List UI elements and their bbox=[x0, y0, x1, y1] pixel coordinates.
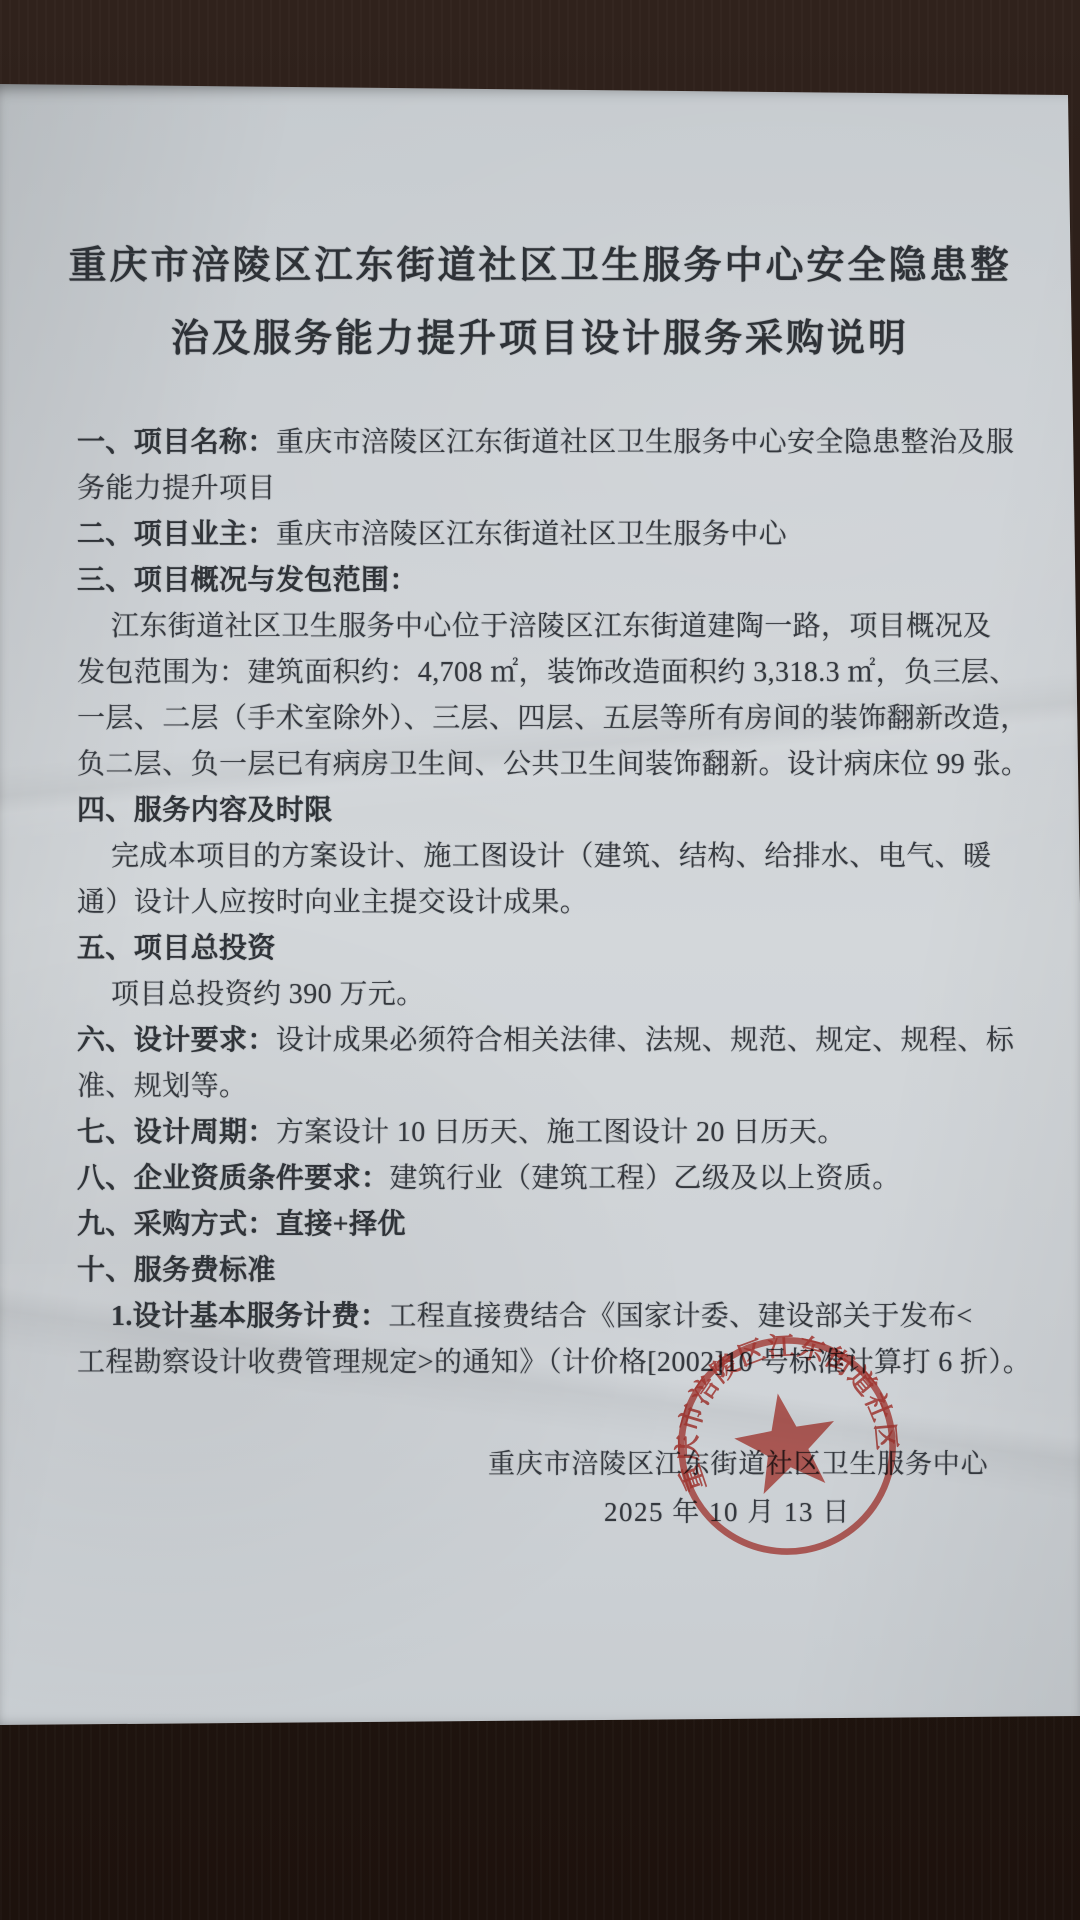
doc-line: 项目总投资约 390 万元。 bbox=[77, 972, 1017, 1018]
line-text: 项目总投资约 390 万元。 bbox=[111, 979, 425, 1010]
line-label: 三、项目概况与发包范围： bbox=[77, 565, 418, 596]
doc-line: 五、项目总投资 bbox=[77, 926, 1017, 972]
official-seal: 重庆市涪陵区江东街道社区卫生服务中心 bbox=[645, 1304, 930, 1589]
line-text: 负二层、负一层已有病房卫生间、公共卫生间装饰翻新。设计病床位 99 张。 bbox=[77, 749, 1029, 780]
doc-line: 一、项目名称：重庆市涪陵区江东街道社区卫生服务中心安全隐患整治及服 bbox=[77, 420, 1017, 466]
line-label: 一、项目名称： bbox=[77, 427, 276, 458]
line-text: 建筑行业（建筑工程）乙级及以上资质。 bbox=[389, 1163, 900, 1194]
line-text: 方案设计 10 日历天、施工图设计 20 日历天。 bbox=[276, 1117, 846, 1148]
doc-line: 江东街道社区卫生服务中心位于涪陵区江东街道建陶一路，项目概况及 bbox=[77, 604, 1017, 650]
line-text: 准、规划等。 bbox=[77, 1071, 247, 1102]
seal-star-icon bbox=[728, 1385, 844, 1498]
doc-line: 六、设计要求：设计成果必须符合相关法律、法规、规范、规定、规程、标 bbox=[77, 1018, 1017, 1064]
line-text: 重庆市涪陵区江东街道社区卫生服务中心 bbox=[276, 519, 787, 550]
doc-line: 四、服务内容及时限 bbox=[77, 788, 1017, 834]
doc-line: 二、项目业主：重庆市涪陵区江东街道社区卫生服务中心 bbox=[77, 512, 1017, 558]
line-text: 江东街道社区卫生服务中心位于涪陵区江东街道建陶一路，项目概况及 bbox=[111, 611, 991, 642]
doc-line: 七、设计周期：方案设计 10 日历天、施工图设计 20 日历天。 bbox=[77, 1110, 1017, 1156]
line-label: 七、设计周期： bbox=[77, 1117, 276, 1148]
doc-line: 通）设计人应按时向业主提交设计成果。 bbox=[77, 880, 1017, 926]
paper-sheet: 重庆市涪陵区江东街道社区卫生服务中心安全隐患整 治及服务能力提升项目设计服务采购… bbox=[0, 84, 1080, 1726]
line-text: 完成本项目的方案设计、施工图设计（建筑、结构、给排水、电气、暖 bbox=[111, 841, 991, 872]
doc-body: 一、项目名称：重庆市涪陵区江东街道社区卫生服务中心安全隐患整治及服 务能力提升项… bbox=[77, 420, 1017, 1386]
doc-line: 务能力提升项目 bbox=[77, 466, 1017, 512]
line-label: 五、项目总投资 bbox=[77, 933, 276, 964]
doc-line: 三、项目概况与发包范围： bbox=[77, 558, 1017, 604]
line-text: 直接+择优 bbox=[276, 1209, 406, 1240]
line-text: 通）设计人应按时向业主提交设计成果。 bbox=[77, 887, 588, 918]
line-label: 十、服务费标准 bbox=[77, 1255, 276, 1286]
line-label: 九、采购方式： bbox=[77, 1209, 276, 1240]
photo-of-document: 重庆市涪陵区江东街道社区卫生服务中心安全隐患整 治及服务能力提升项目设计服务采购… bbox=[0, 0, 1080, 1920]
line-text: 务能力提升项目 bbox=[77, 473, 276, 504]
line-label: 六、设计要求： bbox=[77, 1025, 276, 1056]
doc-title-line-2: 治及服务能力提升项目设计服务采购说明 bbox=[0, 303, 1080, 376]
line-label: 1.设计基本服务计费： bbox=[111, 1301, 388, 1332]
line-label: 四、服务内容及时限 bbox=[77, 795, 333, 826]
line-text: 重庆市涪陵区江东街道社区卫生服务中心安全隐患整治及服 bbox=[276, 427, 1014, 458]
doc-line: 负二层、负一层已有病房卫生间、公共卫生间装饰翻新。设计病床位 99 张。 bbox=[77, 742, 1017, 788]
doc-line: 十、服务费标准 bbox=[77, 1248, 1017, 1294]
line-text: 发包范围为：建筑面积约：4,708 ㎡，装饰改造面积约 3,318.3 ㎡，负三… bbox=[77, 657, 1018, 688]
doc-line: 八、企业资质条件要求：建筑行业（建筑工程）乙级及以上资质。 bbox=[77, 1156, 1017, 1202]
doc-title-line-1: 重庆市涪陵区江东街道社区卫生服务中心安全隐患整 bbox=[0, 230, 1080, 303]
line-label: 二、项目业主： bbox=[77, 519, 276, 550]
doc-line: 一层、二层（手术室除外）、三层、四层、五层等所有房间的装饰翻新改造， bbox=[77, 696, 1017, 742]
doc-line: 发包范围为：建筑面积约：4,708 ㎡，装饰改造面积约 3,318.3 ㎡，负三… bbox=[77, 650, 1017, 696]
doc-line: 完成本项目的方案设计、施工图设计（建筑、结构、给排水、电气、暖 bbox=[77, 834, 1017, 880]
doc-line: 九、采购方式：直接+择优 bbox=[77, 1202, 1017, 1248]
doc-line: 准、规划等。 bbox=[77, 1064, 1017, 1110]
doc-title: 重庆市涪陵区江东街道社区卫生服务中心安全隐患整 治及服务能力提升项目设计服务采购… bbox=[0, 230, 1080, 376]
line-label: 八、企业资质条件要求： bbox=[77, 1163, 389, 1194]
line-text: 设计成果必须符合相关法律、法规、规范、规定、规程、标 bbox=[276, 1025, 1014, 1056]
line-text: 一层、二层（手术室除外）、三层、四层、五层等所有房间的装饰翻新改造， bbox=[77, 703, 1029, 734]
